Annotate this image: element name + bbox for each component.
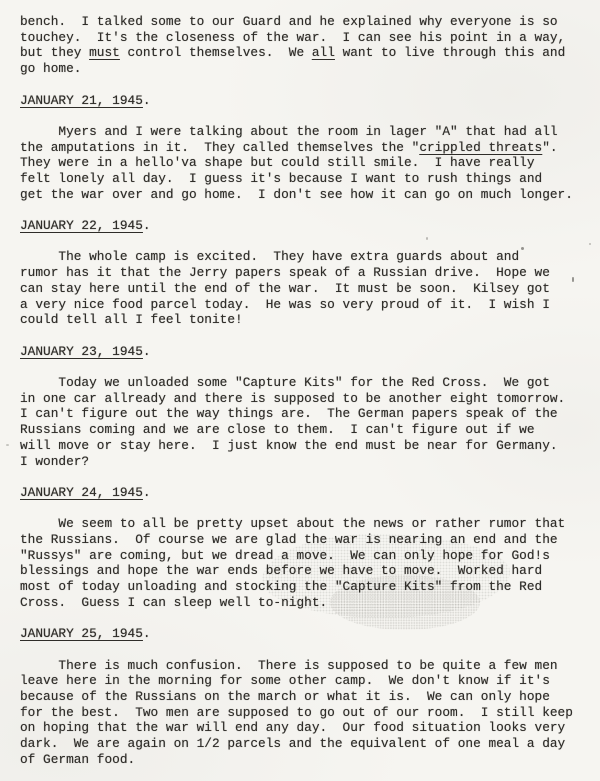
text-line: in one car allready and there is suppose…: [20, 391, 592, 407]
diary-paragraph: bench. I talked some to our Guard and he…: [20, 14, 592, 77]
text-segment: They were in a hello'va shape but could …: [20, 155, 535, 170]
text-segment: of German food.: [20, 752, 135, 767]
diary-paragraph: There is much confusion. There is suppos…: [20, 658, 592, 768]
diary-text: bench. I talked some to our Guard and he…: [0, 0, 600, 768]
text-line: most of today unloading and stocking the…: [20, 579, 592, 595]
text-line: because of the Russians on the march or …: [20, 689, 592, 705]
text-line: The whole camp is excited. They have ext…: [20, 249, 592, 265]
diary-paragraph: The whole camp is excited. They have ext…: [20, 249, 592, 328]
text-line: There is much confusion. There is suppos…: [20, 658, 592, 674]
text-segment: but they: [20, 45, 89, 60]
text-line: bench. I talked some to our Guard and he…: [20, 14, 592, 30]
text-line: Cross. Guess I can sleep well to-night.: [20, 595, 592, 611]
text-line: rumor has it that the Jerry papers speak…: [20, 265, 592, 281]
entry-date-heading: JANUARY 23, 1945.: [20, 344, 592, 360]
entry-date-text: JANUARY 24, 1945: [20, 485, 143, 500]
scan-speck: [589, 243, 591, 245]
text-line: the amputations in it. They called thems…: [20, 140, 592, 156]
underlined-word: all: [312, 45, 335, 60]
text-segment: go home.: [20, 61, 81, 76]
text-line: I can't figure out the way things are. T…: [20, 406, 592, 422]
text-segment: on hoping that the war will end any day.…: [20, 720, 565, 735]
diary-scan-page: bench. I talked some to our Guard and he…: [0, 0, 600, 781]
underlined-word: crippled threats: [419, 140, 542, 155]
text-segment: in one car allready and there is suppose…: [20, 391, 565, 406]
text-segment: felt lonely all day. I guess it's becaus…: [20, 171, 542, 186]
text-line: of German food.: [20, 752, 592, 768]
text-line: but they must control themselves. We all…: [20, 45, 592, 61]
text-segment: There is much confusion. There is suppos…: [20, 658, 558, 673]
text-line: the Russians. Of course we are glad the …: [20, 532, 592, 548]
entry-date-text: JANUARY 21, 1945: [20, 93, 143, 108]
text-segment: for the best. Two men are supposed to go…: [20, 705, 573, 720]
entry-date-suffix: .: [143, 93, 151, 108]
text-segment: because of the Russians on the march or …: [20, 689, 550, 704]
text-segment: I can't figure out the way things are. T…: [20, 406, 558, 421]
text-segment: will move or stay here. I just know the …: [20, 438, 558, 453]
entry-date-suffix: .: [143, 626, 151, 641]
text-segment: Russians coming and we are close to them…: [20, 422, 535, 437]
text-line: a very nice food parcel today. He was so…: [20, 297, 592, 313]
text-segment: want to live through this and: [335, 45, 565, 60]
text-line: go home.: [20, 61, 592, 77]
underlined-word: must: [89, 45, 120, 60]
entry-date-heading: JANUARY 24, 1945.: [20, 485, 592, 501]
entry-date-text: JANUARY 25, 1945: [20, 626, 143, 641]
text-line: "Russys" are coming, but we dread a move…: [20, 548, 592, 564]
text-segment: control themselves. We: [120, 45, 312, 60]
text-segment: get the war over and go home. I don't se…: [20, 187, 573, 202]
diary-paragraph: Myers and I were talking about the room …: [20, 124, 592, 203]
text-line: We seem to all be pretty upset about the…: [20, 516, 592, 532]
entry-date-suffix: .: [143, 344, 151, 359]
text-segment: Today we unloaded some "Capture Kits" fo…: [20, 375, 550, 390]
text-segment: ".: [542, 140, 557, 155]
text-segment: I wonder?: [20, 454, 89, 469]
entry-date-heading: JANUARY 22, 1945.: [20, 218, 592, 234]
text-line: felt lonely all day. I guess it's becaus…: [20, 171, 592, 187]
text-line: could tell all I feel tonite!: [20, 312, 592, 328]
text-segment: touchey. It's the closeness of the war. …: [20, 30, 565, 45]
scan-speck: [521, 247, 524, 250]
text-line: can stay here until the end of the war. …: [20, 281, 592, 297]
entry-date-heading: JANUARY 25, 1945.: [20, 626, 592, 642]
text-segment: could tell all I feel tonite!: [20, 312, 243, 327]
text-line: on hoping that the war will end any day.…: [20, 720, 592, 736]
text-line: Today we unloaded some "Capture Kits" fo…: [20, 375, 592, 391]
text-segment: dark. We are again on 1/2 parcels and th…: [20, 736, 565, 751]
text-segment: bench. I talked some to our Guard and he…: [20, 14, 558, 29]
text-segment: the amputations in it. They called thems…: [20, 140, 419, 155]
diary-paragraph: We seem to all be pretty upset about the…: [20, 516, 592, 610]
text-segment: the Russians. Of course we are glad the …: [20, 532, 558, 547]
entry-date-text: JANUARY 22, 1945: [20, 218, 143, 233]
text-line: will move or stay here. I just know the …: [20, 438, 592, 454]
entry-date-text: JANUARY 23, 1945: [20, 344, 143, 359]
diary-paragraph: Today we unloaded some "Capture Kits" fo…: [20, 375, 592, 469]
text-segment: leave here in the morning for some other…: [20, 673, 550, 688]
entry-date-heading: JANUARY 21, 1945.: [20, 93, 592, 109]
text-line: get the war over and go home. I don't se…: [20, 187, 592, 203]
scan-speck: [6, 444, 9, 446]
text-line: They were in a hello'va shape but could …: [20, 155, 592, 171]
entry-date-suffix: .: [143, 485, 151, 500]
text-segment: most of today unloading and stocking the…: [20, 579, 542, 594]
text-line: for the best. Two men are supposed to go…: [20, 705, 592, 721]
text-line: Russians coming and we are close to them…: [20, 422, 592, 438]
text-segment: can stay here until the end of the war. …: [20, 281, 550, 296]
text-line: leave here in the morning for some other…: [20, 673, 592, 689]
text-segment: a very nice food parcel today. He was so…: [20, 297, 550, 312]
text-segment: rumor has it that the Jerry papers speak…: [20, 265, 550, 280]
scan-speck: [426, 237, 428, 240]
text-line: I wonder?: [20, 454, 592, 470]
text-segment: Cross. Guess I can sleep well to-night.: [20, 595, 327, 610]
text-segment: "Russys" are coming, but we dread a move…: [20, 548, 550, 563]
scan-speck: [572, 277, 574, 282]
text-line: touchey. It's the closeness of the war. …: [20, 30, 592, 46]
text-line: dark. We are again on 1/2 parcels and th…: [20, 736, 592, 752]
text-line: blessings and hope the war ends before w…: [20, 563, 592, 579]
text-segment: We seem to all be pretty upset about the…: [20, 516, 565, 531]
entry-date-suffix: .: [143, 218, 151, 233]
text-segment: blessings and hope the war ends before w…: [20, 563, 542, 578]
text-line: Myers and I were talking about the room …: [20, 124, 592, 140]
text-segment: The whole camp is excited. They have ext…: [20, 249, 519, 264]
text-segment: Myers and I were talking about the room …: [20, 124, 558, 139]
